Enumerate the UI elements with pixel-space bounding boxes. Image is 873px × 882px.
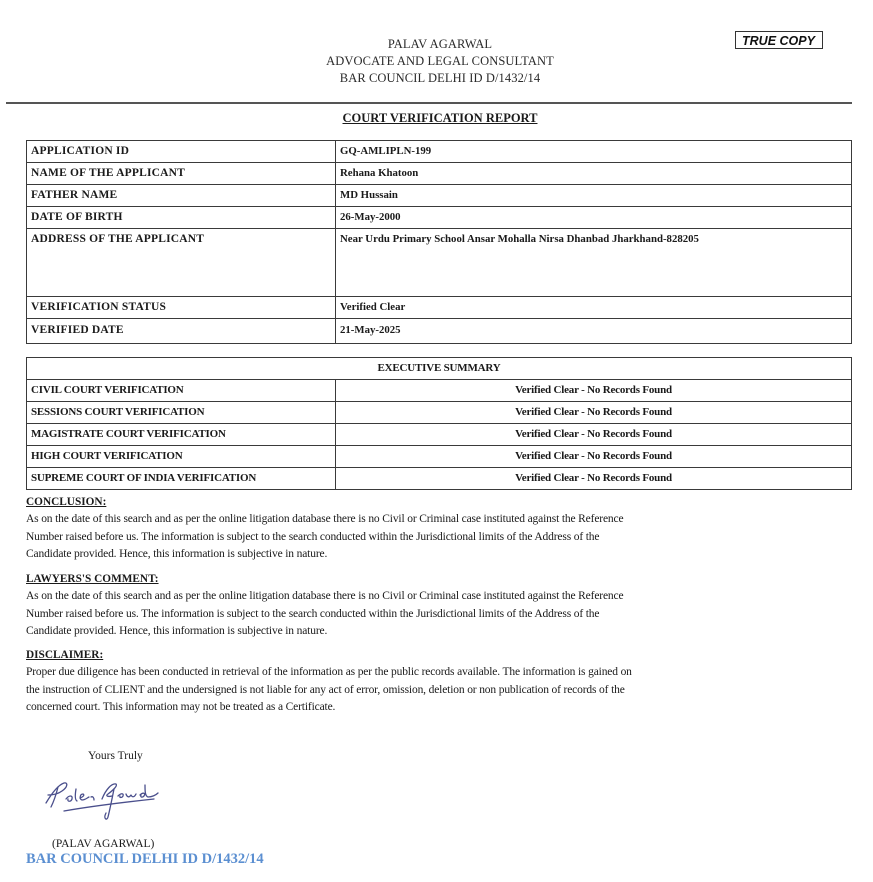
executive-summary-table: EXECUTIVE SUMMARY CIVIL COURT VERIFICATI…	[26, 357, 852, 490]
conclusion-heading: CONCLUSION:	[26, 496, 106, 508]
court-name: SUPREME COURT OF INDIA VERIFICATION	[27, 468, 336, 490]
text-line: Candidate provided. Hence, this informat…	[26, 623, 856, 641]
court-result: Verified Clear - No Records Found	[336, 468, 852, 490]
field-label: DATE OF BIRTH	[27, 207, 336, 229]
text-line: As on the date of this search and as per…	[26, 588, 856, 606]
executive-summary-title: EXECUTIVE SUMMARY	[27, 358, 852, 380]
applicant-info-table: APPLICATION ID GQ-AMLIPLN-199 NAME OF TH…	[26, 140, 852, 344]
header-divider	[6, 102, 852, 104]
table-row: VERIFICATION STATUS Verified Clear	[27, 297, 852, 319]
text-line: Number raised before us. The information…	[26, 606, 856, 624]
application-id-value: GQ-AMLIPLN-199	[336, 141, 852, 163]
text-line: the instruction of CLIENT and the unders…	[26, 682, 856, 700]
court-name: CIVIL COURT VERIFICATION	[27, 380, 336, 402]
address-value: Near Urdu Primary School Ansar Mohalla N…	[336, 229, 852, 297]
table-row: SESSIONS COURT VERIFICATION Verified Cle…	[27, 402, 852, 424]
field-label: NAME OF THE APPLICANT	[27, 163, 336, 185]
table-row: CIVIL COURT VERIFICATION Verified Clear …	[27, 380, 852, 402]
father-name-value: MD Hussain	[336, 185, 852, 207]
court-result: Verified Clear - No Records Found	[336, 446, 852, 468]
table-row: DATE OF BIRTH 26-May-2000	[27, 207, 852, 229]
advocate-name: PALAV AGARWAL	[200, 36, 680, 53]
court-name: SESSIONS COURT VERIFICATION	[27, 402, 336, 424]
table-header-row: EXECUTIVE SUMMARY	[27, 358, 852, 380]
table-row: MAGISTRATE COURT VERIFICATION Verified C…	[27, 424, 852, 446]
court-result: Verified Clear - No Records Found	[336, 424, 852, 446]
lawyers-comment-heading: LAWYERS'S COMMENT:	[26, 573, 159, 585]
field-label: VERIFICATION STATUS	[27, 297, 336, 319]
lawyers-comment-text: As on the date of this search and as per…	[26, 588, 856, 641]
closing-text: Yours Truly	[88, 750, 143, 762]
table-row: FATHER NAME MD Hussain	[27, 185, 852, 207]
court-result: Verified Clear - No Records Found	[336, 380, 852, 402]
letterhead: PALAV AGARWAL ADVOCATE AND LEGAL CONSULT…	[200, 36, 680, 87]
table-row: ADDRESS OF THE APPLICANT Near Urdu Prima…	[27, 229, 852, 297]
advocate-bar-id: BAR COUNCIL DELHI ID D/1432/14	[200, 70, 680, 87]
disclaimer-text: Proper due diligence has been conducted …	[26, 664, 856, 717]
signatory-name: (PALAV AGARWAL)	[52, 838, 154, 850]
table-row: NAME OF THE APPLICANT Rehana Khatoon	[27, 163, 852, 185]
table-row: SUPREME COURT OF INDIA VERIFICATION Veri…	[27, 468, 852, 490]
field-label: APPLICATION ID	[27, 141, 336, 163]
verified-date-value: 21-May-2025	[336, 319, 852, 344]
report-title: COURT VERIFICATION REPORT	[200, 111, 680, 126]
date-of-birth-value: 26-May-2000	[336, 207, 852, 229]
table-row: HIGH COURT VERIFICATION Verified Clear -…	[27, 446, 852, 468]
advocate-designation: ADVOCATE AND LEGAL CONSULTANT	[200, 53, 680, 70]
text-line: Proper due diligence has been conducted …	[26, 664, 856, 682]
text-line: Number raised before us. The information…	[26, 529, 856, 547]
conclusion-text: As on the date of this search and as per…	[26, 511, 856, 564]
court-name: MAGISTRATE COURT VERIFICATION	[27, 424, 336, 446]
field-label: ADDRESS OF THE APPLICANT	[27, 229, 336, 297]
signature-icon	[42, 777, 162, 829]
table-row: VERIFIED DATE 21-May-2025	[27, 319, 852, 344]
text-line: concerned court. This information may no…	[26, 699, 856, 717]
text-line: As on the date of this search and as per…	[26, 511, 856, 529]
field-label: VERIFIED DATE	[27, 319, 336, 344]
table-row: APPLICATION ID GQ-AMLIPLN-199	[27, 141, 852, 163]
text-line: Candidate provided. Hence, this informat…	[26, 546, 856, 564]
field-label: FATHER NAME	[27, 185, 336, 207]
signatory-bar-id: BAR COUNCIL DELHI ID D/1432/14	[26, 851, 264, 868]
applicant-name-value: Rehana Khatoon	[336, 163, 852, 185]
verification-status-value: Verified Clear	[336, 297, 852, 319]
disclaimer-heading: DISCLAIMER:	[26, 649, 103, 661]
court-name: HIGH COURT VERIFICATION	[27, 446, 336, 468]
court-result: Verified Clear - No Records Found	[336, 402, 852, 424]
true-copy-stamp: TRUE COPY	[735, 31, 823, 49]
